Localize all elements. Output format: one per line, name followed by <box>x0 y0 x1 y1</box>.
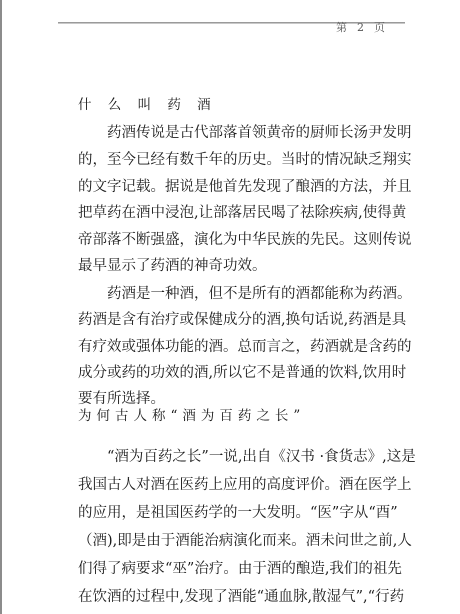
page-suffix: 页 <box>374 19 385 35</box>
paragraph-line: 的，至今已经有数千年的历史。当时的情况缺乏翔实 <box>78 151 394 169</box>
paragraph-line: （酒),即是由于酒能治病演化而来。酒未问世之前,人 <box>78 532 394 550</box>
viewer-left-edge <box>0 0 2 614</box>
paragraph-line: 药酒传说是古代部落首领黄帝的厨师长汤尹发明 <box>107 124 394 142</box>
paragraph-line: 成分或药的功效的酒,所以它不是普通的饮料,饮用时 <box>78 364 394 382</box>
paragraph-line: 最早显示了药酒的神奇功效。 <box>78 257 394 275</box>
paragraph-line: 我国古人对酒在医药上应用的高度评价。酒在医学上 <box>78 476 394 494</box>
page-number: 第2页 <box>322 6 385 48</box>
paragraph-line: 药酒是一种酒，但不是所有的酒都能称为药酒。 <box>107 285 394 303</box>
paragraph-line: 在饮酒的过程中,发现了酒能“通血脉,散湿气”,“行药 <box>78 588 394 606</box>
page-prefix: 第 <box>336 19 347 35</box>
paragraph-line: 有疗效或强体功能的酒。总而言之，药酒就是含药的 <box>78 338 394 356</box>
paragraph-line: 的应用，是祖国医药学的一大发明。“医”字从“酉” <box>78 504 394 522</box>
section-title-what-is-medicinal-wine: 什 么 叫 药 酒 <box>78 93 217 113</box>
paragraph-line: 们得了病要求“巫”治疗。由于酒的酿造,我们的祖先 <box>78 560 394 578</box>
paragraph-line: 把草药在酒中浸泡,让部落居民喝了祛除疾病,使得黄 <box>78 204 394 222</box>
paragraph-line: 帝部落不断强盛，演化为中华民族的先民。这则传说 <box>78 231 394 249</box>
page-number-value: 2 <box>357 21 364 34</box>
paragraph-line: 的文字记载。据说是他首先发现了酿酒的方法，并且 <box>78 178 394 196</box>
paragraph-line: 药酒是含有治疗或保健成分的酒,换句话说,药酒是具 <box>78 311 394 329</box>
page-header: 第2页 <box>58 0 405 23</box>
paragraph-line: “酒为百药之长”一说,出自《汉书 ·食货志》,这是 <box>107 448 394 466</box>
section-title-wine-chief-of-medicines: 为何古人称“酒为百药之长” <box>78 404 305 424</box>
